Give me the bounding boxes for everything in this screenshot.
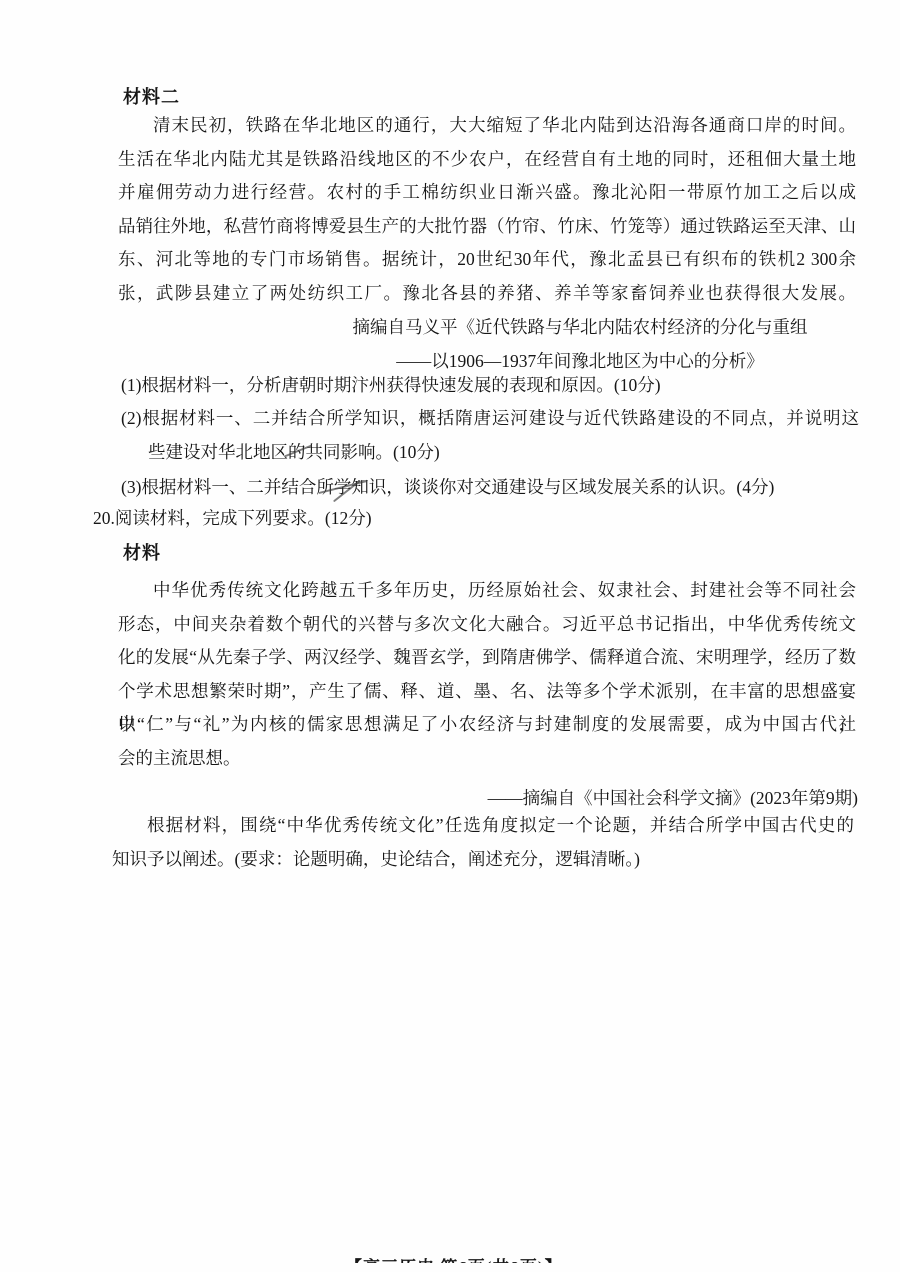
material-two-source: 摘编自马义平《近代铁路与华北内陆农村经济的分化与重组 ——以1906—1937年… — [310, 311, 850, 378]
paragraph-line: 中华优秀传统文化跨越五千多年历史，历经原始社会、奴隶社会、封建社会等不同社会 — [118, 574, 856, 608]
exam-page: 材料二 清末民初，铁路在华北地区的通行，大大缩短了华北内陆到达沿海各通商口岸的时… — [0, 0, 900, 1272]
paragraph-line: 清末民初，铁路在华北地区的通行，大大缩短了华北内陆到达沿海各通商口岸的时间。 — [118, 109, 856, 143]
paragraph-line: 形态，中间夹杂着数个朝代的兴替与多次文化大融合。习近平总书记指出，中华优秀传统文 — [118, 608, 856, 642]
material-heading: 材料 — [123, 537, 161, 571]
paragraph-line: 知识予以阐述。(要求：论题明确，史论结合，阐述充分，逻辑清晰。) — [112, 843, 854, 877]
page-footer: 【高三历史 第6页(共8页)】 — [345, 1253, 645, 1263]
question-1: (1)根据材料一，分析唐朝时期汴州获得快速发展的表现和原因。(10分) — [121, 369, 859, 403]
paragraph-line: 根据材料，围绕“中华优秀传统文化”任选角度拟定一个论题，并结合所学中国古代史的 — [112, 809, 854, 843]
paragraph-line: 品销往外地，私营竹商将博爱县生产的大批竹器（竹帘、竹床、竹笼等）通过铁路运至天津… — [118, 210, 856, 244]
paragraph-line: 东、河北等地的专门市场销售。据统计，20世纪30年代，豫北孟县已有织布的铁机2 … — [118, 243, 856, 277]
task-paragraph: 根据材料，围绕“中华优秀传统文化”任选角度拟定一个论题，并结合所学中国古代史的 … — [112, 809, 854, 876]
question-2: (2)根据材料一、二并结合所学知识，概括隋唐运河建设与近代铁路建设的不同点，并说… — [121, 402, 859, 469]
material-paragraph: 中华优秀传统文化跨越五千多年历史，历经原始社会、奴隶社会、封建社会等不同社会 形… — [118, 574, 856, 775]
paragraph-line: 会的主流思想。 — [118, 742, 856, 776]
paragraph-line: 张，武陟县建立了两处纺织工厂。豫北各县的养猪、养羊等家畜饲养业也获得很大发展。 — [118, 277, 856, 311]
paragraph-line: 生活在华北内陆尤其是铁路沿线地区的不少农户，在经营自有土地的同时，还租佃大量土地 — [118, 143, 856, 177]
question-line: 些建设对华北地区的共同影响。(10分) — [121, 436, 859, 470]
paragraph-line: 化的发展“从先秦子学、两汉经学、魏晋玄学，到隋唐佛学、儒释道合流、宋明理学，经历… — [118, 641, 856, 675]
question-20-stem: 20.阅读材料，完成下列要求。(12分) — [93, 502, 853, 536]
paragraph-line: 以“仁”与“礼”为内核的儒家思想满足了小农经济与封建制度的发展需要，成为中国古代… — [118, 708, 856, 742]
question-line: (2)根据材料一、二并结合所学知识，概括隋唐运河建设与近代铁路建设的不同点，并说… — [121, 402, 859, 436]
paragraph-line: 并雇佣劳动力进行经营。农村的手工棉纺织业日渐兴盛。豫北沁阳一带原竹加工之后以成 — [118, 176, 856, 210]
source-line: 摘编自马义平《近代铁路与华北内陆农村经济的分化与重组 — [310, 311, 850, 345]
material-two-paragraph: 清末民初，铁路在华北地区的通行，大大缩短了华北内陆到达沿海各通商口岸的时间。 生… — [118, 109, 856, 310]
paragraph-line: 个学术思想繁荣时期”，产生了儒、释、道、墨、名、法等多个学术派别，在丰富的思想盛… — [118, 675, 856, 709]
question-3: (3)根据材料一、二并结合所学知识，谈谈你对交通建设与区域发展关系的认识。(4分… — [121, 471, 859, 505]
